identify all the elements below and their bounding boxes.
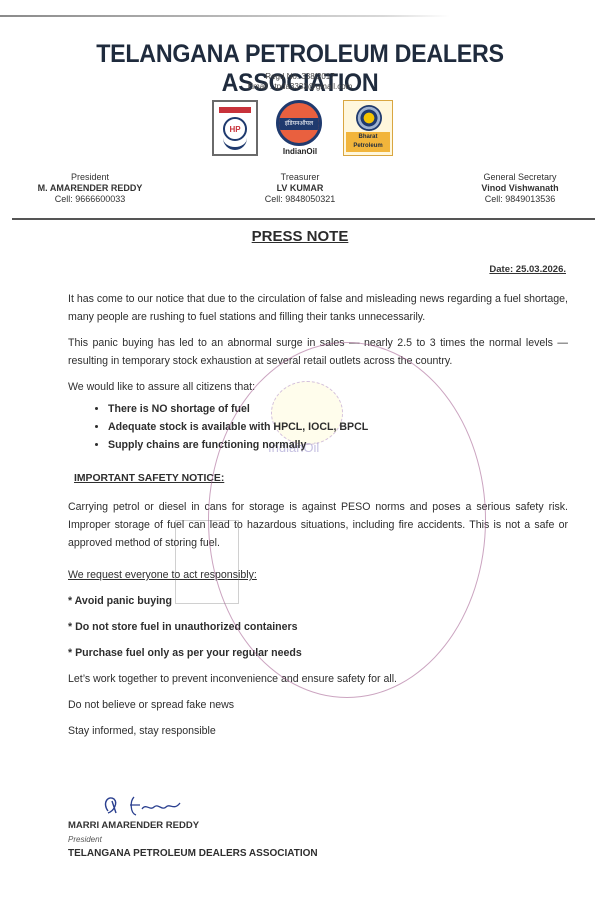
document-title: PRESS NOTE <box>0 228 600 245</box>
assurance-intro: We would like to assure all citizens tha… <box>68 378 568 396</box>
request-heading: We request everyone to act responsibly: <box>68 566 568 584</box>
logo-row: HP इंडियनऑयल IndianOil Bharat Petroleum <box>0 98 600 160</box>
signature-icon <box>100 791 200 819</box>
safety-notice-heading: IMPORTANT SAFETY NOTICE: <box>74 470 568 488</box>
indianoil-logo-icon: इंडियनऑयल IndianOil <box>275 98 325 160</box>
officer-treasurer: Treasurer LV KUMAR Cell: 9848050321 <box>240 172 360 205</box>
assurance-list: There is NO shortage of fuel Adequate st… <box>68 400 568 454</box>
hp-logo-icon: HP <box>212 100 258 156</box>
list-item: Supply chains are functioning normally <box>108 436 568 454</box>
signatory-organization: TELANGANA PETROLEUM DEALERS ASSOCIATION <box>68 848 318 859</box>
list-item: * Do not store fuel in unauthorized cont… <box>68 618 568 636</box>
document-date: Date: 25.03.2026. <box>489 264 566 275</box>
closing-line: Do not believe or spread fake news <box>68 696 568 714</box>
closing-line: Stay informed, stay responsible <box>68 722 568 740</box>
officer-general-secretary: General Secretary Vinod Vishwanath Cell:… <box>460 172 580 205</box>
contact-email: Email : tpda3333@gmail.com <box>0 82 600 91</box>
signatory-title: President <box>68 835 102 844</box>
stamp-box <box>175 520 239 604</box>
closing-line: Let’s work together to prevent inconveni… <box>68 670 568 688</box>
list-item: * Purchase fuel only as per your regular… <box>68 644 568 662</box>
list-item: Adequate stock is available with HPCL, I… <box>108 418 568 436</box>
document-body: It has come to our notice that due to th… <box>68 290 568 748</box>
header-divider <box>12 218 595 220</box>
scan-top-rule <box>0 15 450 17</box>
registration-number: Regd No. 338/2017 <box>0 72 600 81</box>
officer-president: President M. AMARENDER REDDY Cell: 96666… <box>20 172 160 205</box>
list-item: * Avoid panic buying <box>68 592 568 610</box>
list-item: There is NO shortage of fuel <box>108 400 568 418</box>
safety-notice-text: Carrying petrol or diesel in cans for st… <box>68 498 568 552</box>
paragraph-panic-buying: This panic buying has led to an abnormal… <box>68 334 568 370</box>
paragraph-intro: It has come to our notice that due to th… <box>68 290 568 326</box>
bharat-petroleum-logo-icon: Bharat Petroleum <box>343 100 393 156</box>
signatory-name: MARRI AMARENDER REDDY <box>68 820 199 831</box>
